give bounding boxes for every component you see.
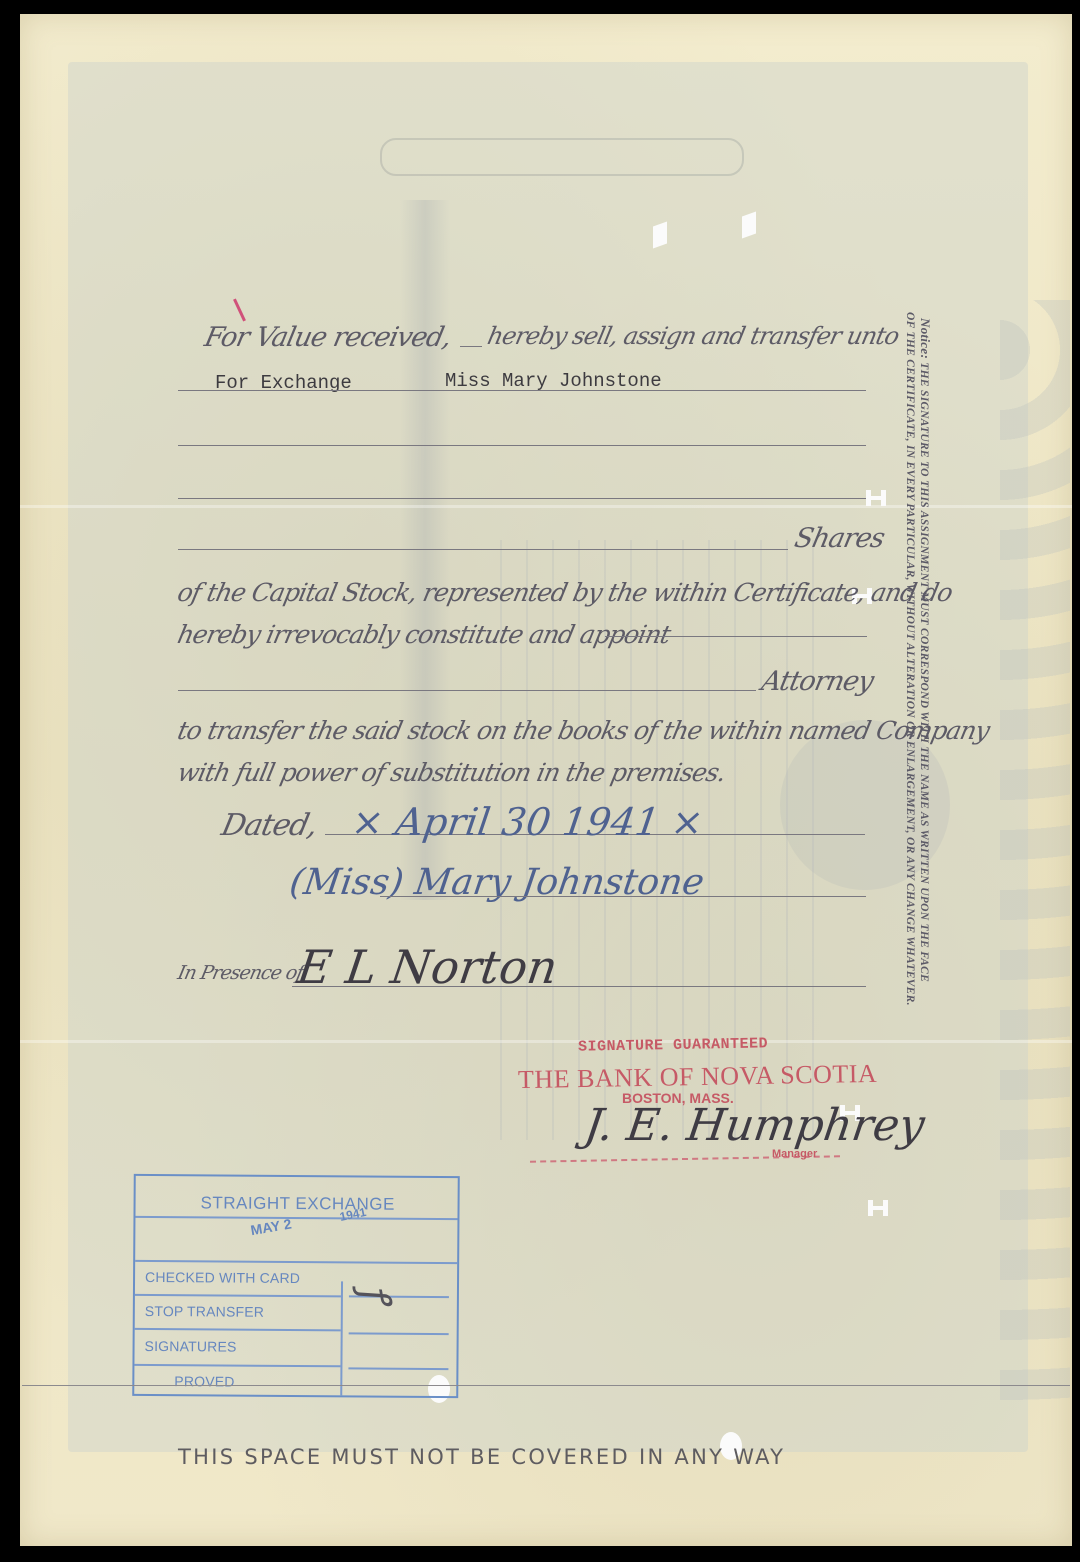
- assignee-line: [178, 498, 866, 499]
- appoint-text: hereby irrevocably constitute and appoin…: [175, 620, 673, 649]
- handwritten-date: × April 30 1941 ×: [349, 800, 706, 844]
- footer-warning: THIS SPACE MUST NOT BE COVERED IN ANY WA…: [178, 1445, 785, 1469]
- stamp-column-divider: [340, 1281, 343, 1395]
- assignee-line: [178, 445, 866, 446]
- cancel-punch-h-icon: [866, 490, 886, 506]
- stamp-date: MAY 2: [249, 1215, 292, 1238]
- sell-assign-transfer-label: hereby sell, assign and transfer unto: [485, 322, 901, 350]
- for-value-received-label: For Value received,: [202, 322, 454, 353]
- side-notice: Notice: THE SIGNATURE TO THIS ASSIGNMENT…: [903, 318, 932, 1058]
- cover-boundary-line: [22, 1385, 1070, 1386]
- form-rule: [460, 346, 482, 347]
- attorney-label: Attorney: [759, 666, 876, 697]
- bank-officer-signature: J. E. Humphrey: [581, 1100, 927, 1151]
- signature-line: [380, 896, 866, 897]
- appoint-line: [605, 636, 867, 637]
- straight-exchange-stamp: STRAIGHT EXCHANGE MAY 2 1941 CHECKED WIT…: [132, 1174, 460, 1398]
- stamp-rule: [134, 1364, 340, 1367]
- witness-signature: E L Norton: [294, 940, 561, 994]
- stamp-row-signatures: SIGNATURES: [145, 1338, 237, 1355]
- stamp-rule: [349, 1332, 449, 1335]
- assignee-line: [178, 390, 866, 391]
- capital-stock-text: of the Capital Stock, represented by the…: [175, 578, 955, 607]
- bleed-through-shares-banner: [380, 138, 744, 176]
- shares-line: [178, 549, 788, 550]
- stamp-rule: [135, 1328, 341, 1331]
- notice-label: Notice:: [918, 318, 933, 359]
- stamp-rule: [348, 1367, 448, 1370]
- stamp-row-approved: PROVED: [174, 1373, 234, 1389]
- guarantee-title: SIGNATURE GUARANTEED: [578, 1035, 768, 1055]
- notice-line-2: OF THE CERTIFICATE, IN EVERY PARTICULAR,…: [903, 312, 917, 1058]
- shares-label: Shares: [792, 523, 887, 554]
- stamp-rule: [135, 1294, 341, 1297]
- stamp-rule: [135, 1260, 457, 1264]
- bleed-through-scallop-border: [1000, 300, 1070, 1400]
- stamp-rule: [135, 1216, 457, 1220]
- notice-line-1: THE SIGNATURE TO THIS ASSIGNMENT MUST CO…: [918, 362, 930, 982]
- assignee-name-typed: Miss Mary Johnstone: [445, 370, 662, 392]
- substitution-text: with full power of substitution in the p…: [175, 758, 728, 787]
- cancel-punch-h-icon: [868, 1200, 888, 1216]
- in-presence-of-label: In Presence of: [176, 962, 305, 984]
- transfer-text: to transfer the said stock on the books …: [175, 716, 992, 745]
- dated-label: Dated,: [218, 808, 320, 843]
- bleed-through-vignette: [400, 200, 450, 900]
- attorney-line: [178, 690, 756, 691]
- stamp-row-stop-transfer: STOP TRANSFER: [145, 1303, 264, 1320]
- stamp-row-checked: CHECKED WITH CARD: [145, 1269, 300, 1286]
